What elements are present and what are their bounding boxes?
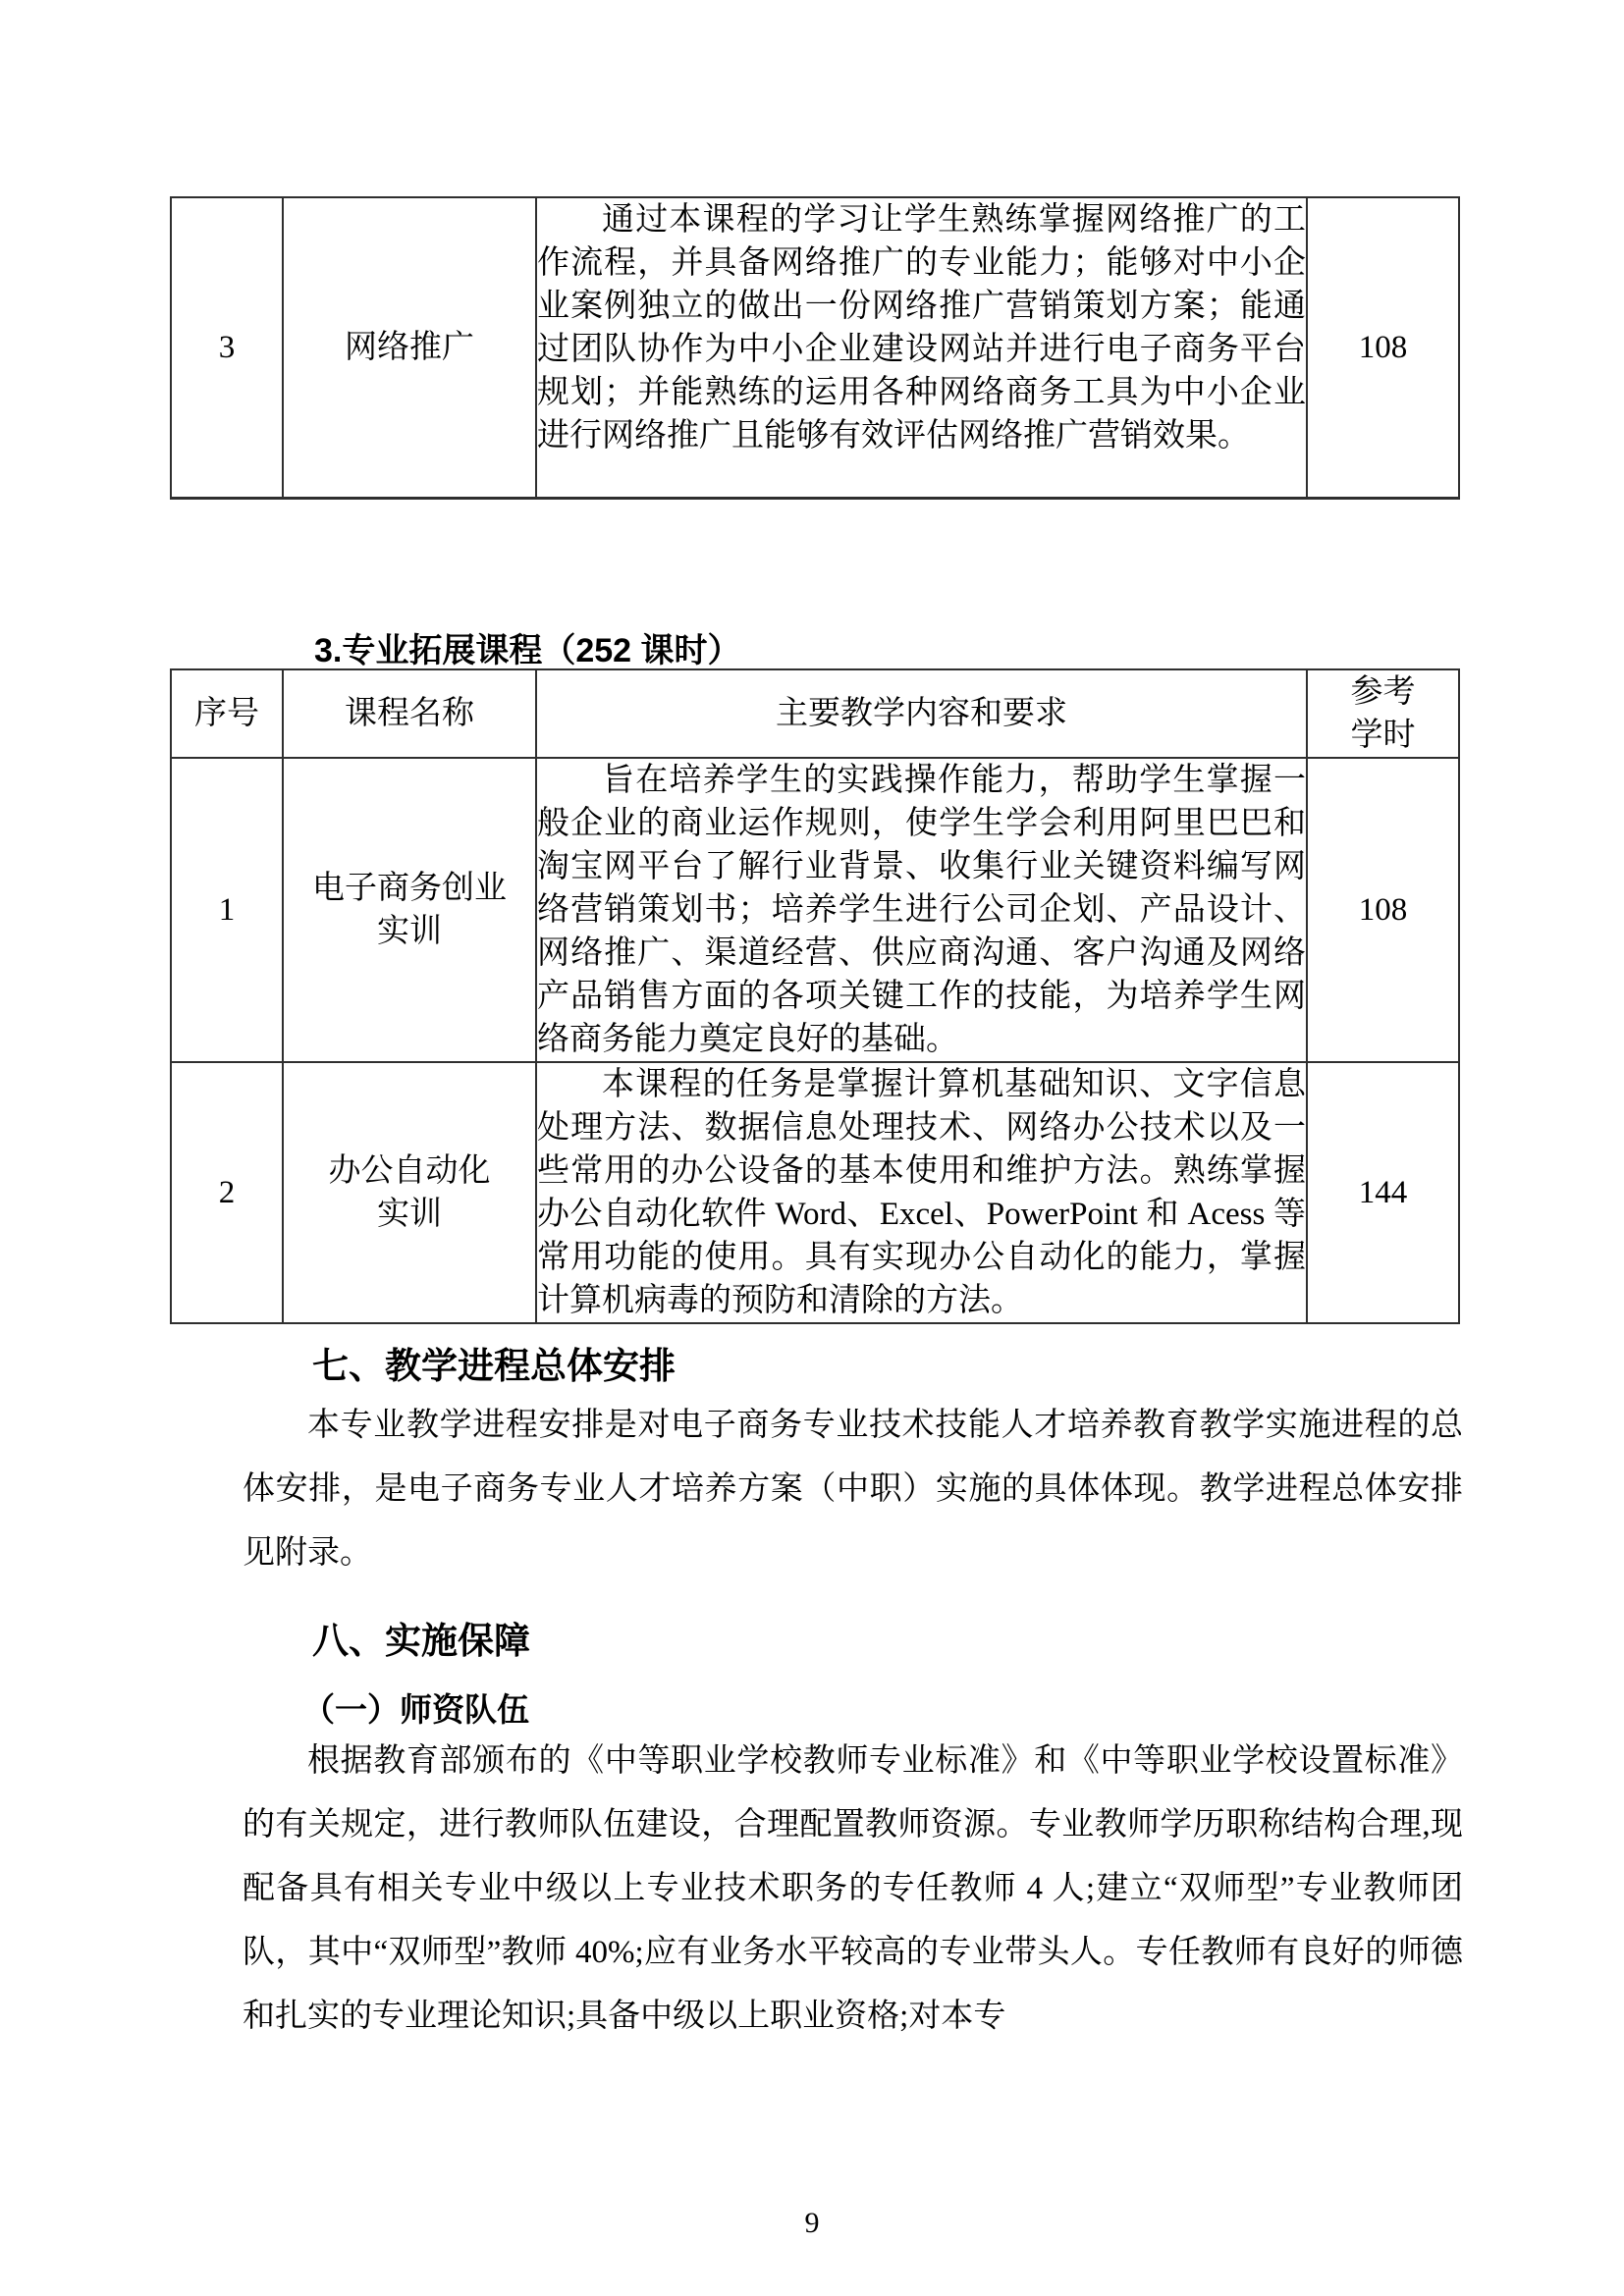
cell-teaching-content: 通过本课程的学习让学生熟练掌握网络推广的工作流程，并具备网络推广的专业能力；能够… xyxy=(536,197,1307,498)
cell-teaching-content: 本课程的任务是掌握计算机基础知识、文字信息处理方法、数据信息处理技术、网络办公技… xyxy=(536,1062,1307,1323)
cell-reference-hours: 144 xyxy=(1307,1062,1459,1323)
table-caption-expansion-courses: 3.专业拓展课程（252 课时） xyxy=(314,631,741,670)
cell-seq: 1 xyxy=(171,758,283,1062)
section-heading-implementation-safeguards: 八、实施保障 xyxy=(312,1620,530,1663)
header-course-name: 课程名称 xyxy=(283,669,536,758)
cell-teaching-content: 旨在培养学生的实践操作能力，帮助学生掌握一般企业的商业运作规则，使学生学会利用阿… xyxy=(536,758,1307,1062)
subsection-heading-faculty-team: （一）师资队伍 xyxy=(302,1690,529,1730)
table-row: 2 办公自动化 实训 本课程的任务是掌握计算机基础知识、文字信息处理方法、数据信… xyxy=(171,1062,1459,1323)
section-heading-teaching-schedule: 七、教学进程总体安排 xyxy=(312,1345,676,1388)
document-page: 3 网络推广 通过本课程的学习让学生熟练掌握网络推广的工作流程，并具备网络推广的… xyxy=(0,0,1624,2296)
paragraph-teaching-schedule: 本专业教学进程安排是对电子商务专业技术技能人才培养教育教学实施进程的总体安排，是… xyxy=(243,1394,1463,1585)
table-header-row: 序号 课程名称 主要教学内容和要求 参考学时 xyxy=(171,669,1459,758)
cell-reference-hours: 108 xyxy=(1307,758,1459,1062)
cell-course-name: 网络推广 xyxy=(283,197,536,498)
page-number: 9 xyxy=(0,2207,1624,2240)
cell-course-name: 办公自动化 实训 xyxy=(283,1062,536,1323)
cell-course-name: 电子商务创业 实训 xyxy=(283,758,536,1062)
cell-reference-hours: 108 xyxy=(1307,197,1459,498)
cell-seq: 2 xyxy=(171,1062,283,1323)
expansion-course-table: 序号 课程名称 主要教学内容和要求 参考学时 1 电子商务创业 实训 旨在培养学… xyxy=(170,668,1460,1324)
course-table-continued: 3 网络推广 通过本课程的学习让学生熟练掌握网络推广的工作流程，并具备网络推广的… xyxy=(170,196,1460,500)
header-reference-hours: 参考学时 xyxy=(1307,669,1459,758)
header-reference-hours-label: 参考学时 xyxy=(1351,670,1416,757)
table-row: 3 网络推广 通过本课程的学习让学生熟练掌握网络推广的工作流程，并具备网络推广的… xyxy=(171,197,1459,498)
paragraph-faculty-team: 根据教育部颁布的《中等职业学校教师专业标准》和《中等职业学校设置标准》的有关规定… xyxy=(243,1730,1463,2049)
header-teaching-content: 主要教学内容和要求 xyxy=(536,669,1307,758)
table-row: 1 电子商务创业 实训 旨在培养学生的实践操作能力，帮助学生掌握一般企业的商业运… xyxy=(171,758,1459,1062)
header-seq: 序号 xyxy=(171,669,283,758)
cell-seq: 3 xyxy=(171,197,283,498)
